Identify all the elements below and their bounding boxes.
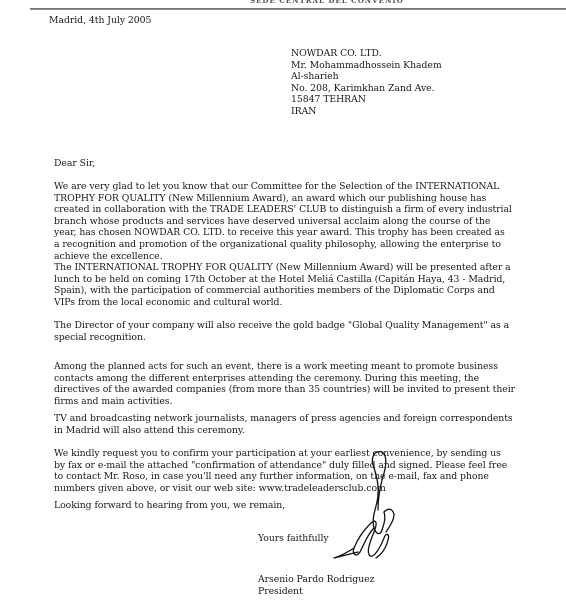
paragraph-line: year, has chosen NOWDAR CO. LTD. to rece…: [54, 227, 512, 239]
paragraph-ceremony-details: The INTERNATIONAL TROPHY FOR QUALITY (Ne…: [54, 262, 511, 308]
recipient-country: IRAN: [291, 106, 442, 118]
paragraph-line: directives of the awarded companies (fro…: [54, 384, 515, 396]
letter-date: Madrid, 4th July 2005: [49, 15, 151, 27]
paragraph-line: Among the planned acts for such an event…: [54, 361, 515, 373]
recipient-city: 15847 TEHRAN: [291, 94, 442, 106]
paragraph-line: TROPHY FOR QUALITY (New Millennium Award…: [54, 193, 512, 205]
paragraph-line: contacts among the different enterprises…: [54, 373, 515, 385]
recipient-name: Mr. Mohammadhossein Khadem: [291, 60, 442, 72]
paragraph-award-announcement: We are very glad to let you know that ou…: [54, 181, 512, 262]
paragraph-line: The Director of your company will also r…: [54, 320, 509, 332]
paragraph-line: Spain), with the participation of commer…: [54, 285, 511, 297]
signer-title: President: [258, 586, 374, 598]
header-divider: [30, 8, 566, 10]
paragraph-line: branch whose products and services have …: [54, 216, 512, 228]
recipient-street: Al-sharieh: [291, 71, 442, 83]
paragraph-work-meeting: Among the planned acts for such an event…: [54, 361, 515, 407]
valediction: Yours faithfully: [258, 533, 329, 545]
paragraph-press: TV and broadcasting network journalists,…: [54, 413, 513, 436]
paragraph-line: firms and main activities.: [54, 396, 515, 408]
paragraph-line: VIPs from the local economic and cultura…: [54, 297, 511, 309]
paragraph-line: created in collaboration with the TRADE …: [54, 204, 512, 216]
paragraph-line: achieve the excellence.: [54, 251, 512, 263]
paragraph-line: special recognition.: [54, 332, 509, 344]
signer-name: Arsenio Pardo Rodriguez: [258, 574, 374, 586]
paragraph-line: TV and broadcasting network journalists,…: [54, 413, 513, 425]
paragraph-line: in Madrid will also attend this ceremony…: [54, 425, 513, 437]
signer-block: Arsenio Pardo Rodriguez President: [258, 574, 374, 597]
recipient-company: NOWDAR CO. LTD.: [291, 48, 442, 60]
signature-icon: [330, 448, 470, 568]
paragraph-gold-badge: The Director of your company will also r…: [54, 320, 509, 343]
recipient-address: NOWDAR CO. LTD. Mr. Mohammadhossein Khad…: [291, 48, 442, 118]
paragraph-line: We are very glad to let you know that ou…: [54, 181, 512, 193]
letterhead-partial: SEDE CENTRAL DEL CONVENIO: [250, 0, 404, 5]
paragraph-line: The INTERNATIONAL TROPHY FOR QUALITY (Ne…: [54, 262, 511, 274]
paragraph-line: a recognition and promotion of the organ…: [54, 239, 512, 251]
paragraph-line: lunch to be held on coming 17th October …: [54, 274, 511, 286]
recipient-street-2: No. 208, Karimkhan Zand Ave.: [291, 83, 442, 95]
closing-line: Looking forward to hearing from you, we …: [54, 500, 285, 512]
salutation: Dear Sir,: [54, 158, 95, 170]
